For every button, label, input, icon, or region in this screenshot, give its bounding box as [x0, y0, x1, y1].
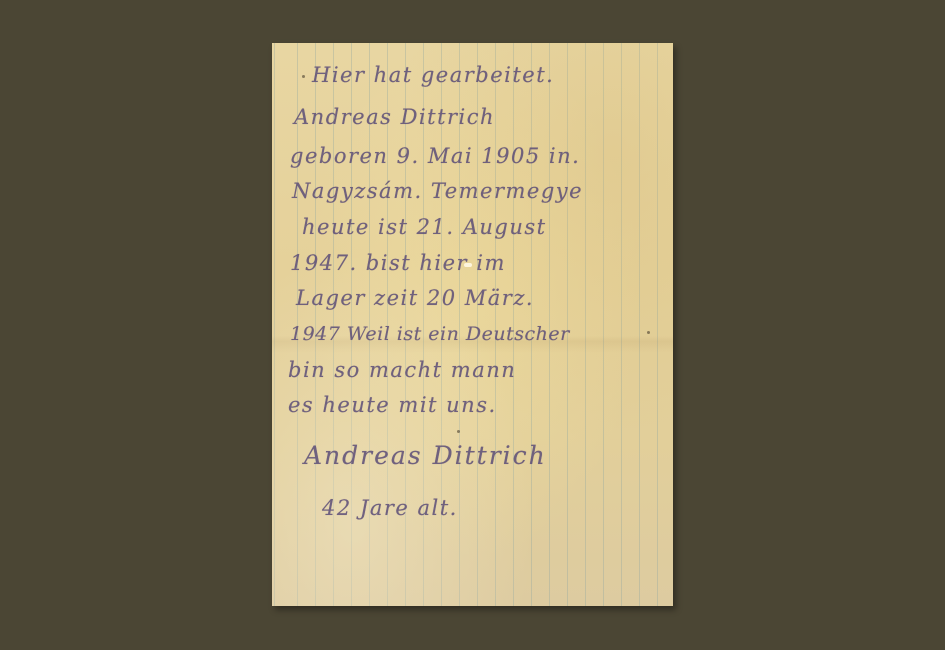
note-line-7: Lager zeit 20 März. [296, 286, 534, 310]
note-line-8: 1947 Weil ist ein Deutscher [290, 323, 570, 345]
note-line-2: Andreas Dittrich [294, 105, 495, 129]
note-line-6: 1947. bist hier im [290, 251, 506, 275]
handwritten-note-paper: Hier hat gearbeitet. Andreas Dittrich ge… [272, 43, 673, 606]
note-line-4: Nagyzsám. Temermegye [292, 179, 583, 203]
note-text: Hier hat gearbeitet. Andreas Dittrich ge… [272, 43, 673, 606]
note-line-10: es heute mit uns. [288, 393, 497, 417]
note-line-5: heute ist 21. August [302, 215, 547, 239]
ink-spot [302, 75, 305, 78]
ink-spot [457, 430, 460, 433]
signature-name: Andreas Dittrich [304, 441, 547, 470]
note-line-9: bin so macht mann [288, 358, 516, 382]
ink-spot [647, 331, 650, 334]
paper-glare [464, 263, 472, 267]
note-line-3: geboren 9. Mai 1905 in. [290, 144, 580, 168]
note-line-age: 42 Jare alt. [322, 496, 458, 520]
note-line-1: Hier hat gearbeitet. [312, 63, 554, 87]
